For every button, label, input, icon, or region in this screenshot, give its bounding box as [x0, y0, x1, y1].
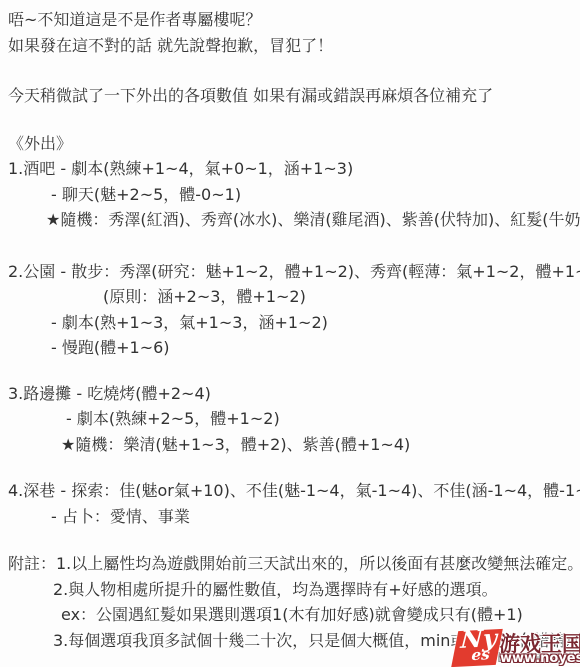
- post-line: 3.路邊攤 - 吃燒烤(體+2~4): [8, 381, 580, 407]
- noyes-logo-text-es: es: [471, 645, 490, 664]
- post-line: (原則：涵+2~3，體+1~2): [103, 284, 580, 310]
- post-line: - 慢跑(體+1~6): [51, 335, 580, 361]
- post-note-line: 附註：1.以上屬性均為遊戲開始前三天試出來的，所以後面有甚麼改變無法確定。: [8, 551, 580, 577]
- forum-post-body: 唔~不知道這是不是作者專屬樓呢？ 如果發在這不對的話 就先說聲抱歉，冒犯了！ 今…: [8, 7, 580, 653]
- site-watermark: BY 宋憨堂熙 Ny es 游戏王国 www.noyes.cn: [453, 627, 580, 667]
- post-line: 今天稍微試了一下外出的各項數值 如果有漏或錯誤再麻煩各位補充了: [8, 83, 580, 109]
- noyes-logo-icon: Ny es: [451, 629, 503, 667]
- post-line: ★隨機：樂清(魅+1~3，體+2)、紫善(體+1~4): [61, 432, 580, 458]
- post-note-line: ex：公園遇紅髮如果選則選項1(木有加好感)就會變成只有(體+1): [61, 602, 580, 628]
- post-line: 4.深巷 - 探索：佳(魅or氣+10)、不佳(魅-1~4，氣-1~4)、不佳(…: [8, 478, 580, 504]
- post-note-line: 2.與人物相處所提升的屬性數值，均為選擇時有+好感的選項。: [53, 577, 580, 603]
- post-section-title: 《外出》: [8, 131, 580, 157]
- post-line: 1.酒吧 - 劇本(熟練+1~4，氣+0~1，涵+1~3): [8, 156, 580, 182]
- post-line: 唔~不知道這是不是作者專屬樓呢？: [8, 7, 580, 33]
- post-line: 如果發在這不對的話 就先說聲抱歉，冒犯了！: [8, 33, 580, 59]
- post-line: ★隨機：秀澤(紅酒)、秀齊(冰水)、樂清(雞尾酒)、紫善(伏特加)、紅髮(牛奶): [46, 207, 580, 233]
- watermark-site-url: www.noyes.cn: [500, 651, 580, 666]
- post-line: - 聊天(魅+2~5，體-0~1): [51, 182, 580, 208]
- post-line: 2.公園 - 散步：秀澤(研究：魅+1~2，體+1~2)、秀齊(輕薄：氣+1~2…: [8, 259, 580, 285]
- post-line: - 劇本(熟練+2~5，體+1~2): [66, 406, 580, 432]
- post-line: - 劇本(熟+1~3，氣+1~3，涵+1~2): [51, 310, 580, 336]
- post-line: - 占卜：愛情、事業: [51, 504, 580, 530]
